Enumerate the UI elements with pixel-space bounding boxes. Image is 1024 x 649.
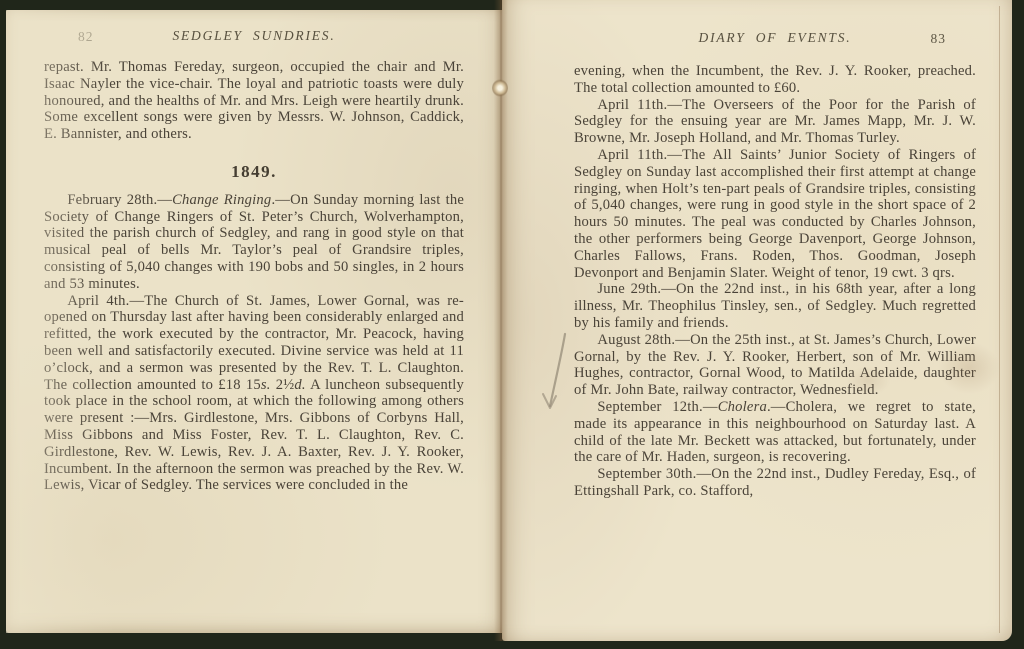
right-page: DIARY OF EVENTS. 83 evening, when the In… xyxy=(502,0,1012,641)
left-page-header: 82 SEDGLEY SUNDRIES. xyxy=(44,28,464,48)
year-heading: 1849. xyxy=(44,164,464,181)
right-running-head: DIARY OF EVENTS. xyxy=(574,30,976,46)
right-text-block: evening, when the Incumbent, the Rev. J.… xyxy=(574,63,976,500)
left-page: 82 SEDGLEY SUNDRIES. repast. Mr. Thomas … xyxy=(6,10,502,633)
paragraph: June 29th.—On the 22nd inst., in his 68t… xyxy=(574,281,976,331)
paragraph: August 28th.—On the 25th inst., at St. J… xyxy=(574,332,976,399)
paragraph: April 4th.—The Church of St. James, Lowe… xyxy=(44,293,464,495)
paragraph: September 30th.—On the 22nd inst., Dudle… xyxy=(574,466,976,500)
paragraph: evening, when the Incumbent, the Rev. J.… xyxy=(574,63,976,97)
pencil-mark xyxy=(538,330,572,420)
right-page-number: 83 xyxy=(931,31,947,47)
left-running-head: SEDGLEY SUNDRIES. xyxy=(44,28,464,44)
paragraph: April 11th.—The Overseers of the Poor fo… xyxy=(574,97,976,147)
page-edge-line xyxy=(999,6,1000,633)
paragraph: September 12th.—Cholera.—Cholera, we reg… xyxy=(574,399,976,466)
right-page-header: DIARY OF EVENTS. 83 xyxy=(574,30,976,50)
left-page-number: 82 xyxy=(78,29,94,45)
paragraph: February 28th.—Change Ringing.—On Sunday… xyxy=(44,192,464,293)
left-text-block: repast. Mr. Thomas Fereday, surgeon, occ… xyxy=(44,59,464,494)
paragraph: April 11th.—The All Saints’ Junior Socie… xyxy=(574,147,976,281)
book-scan: 82 SEDGLEY SUNDRIES. repast. Mr. Thomas … xyxy=(0,0,1024,649)
paragraph: repast. Mr. Thomas Fereday, surgeon, occ… xyxy=(44,59,464,143)
